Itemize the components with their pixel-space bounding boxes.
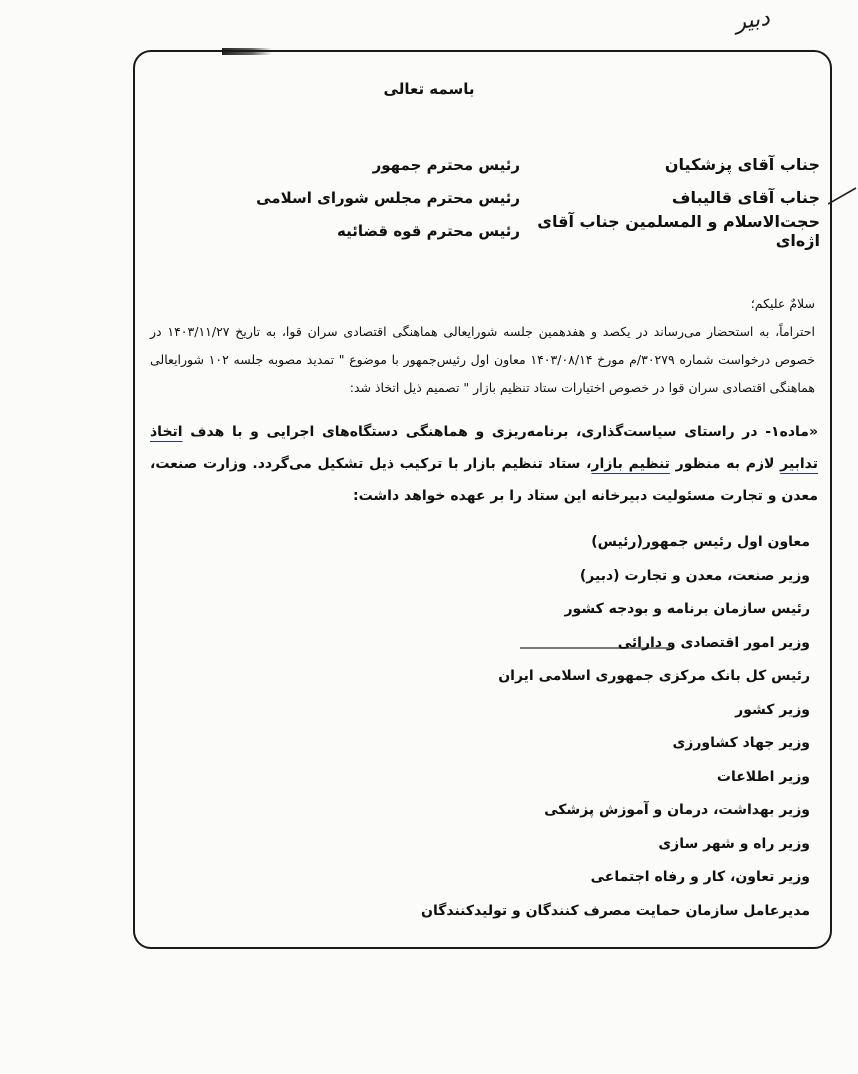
addressee-title: رئیس محترم مجلس شورای اسلامی — [256, 189, 520, 207]
list-item: وزیر صنعت، معدن و تجارت (دبیر) — [421, 560, 810, 594]
letter-body: سلامٌ علیکم؛ احتراماً، به استحضار می‌رسا… — [150, 290, 815, 402]
list-item: رئیس سازمان برنامه و بودجه کشور — [421, 593, 810, 627]
list-item: وزیر امور اقتصادی و دارائی — [421, 627, 810, 661]
list-item: وزیر بهداشت، درمان و آموزش پزشکی — [421, 794, 810, 828]
addressee-row: جناب آقای قالیباف رئیس محترم مجلس شورای … — [140, 181, 820, 214]
margin-pen-mark-icon — [828, 182, 858, 212]
list-item: وزیر تعاون، کار و رفاه اجتماعی — [421, 861, 810, 895]
article-text: «ماده۱- در راستای سیاست‌گذاری، برنامه‌ری… — [183, 424, 818, 440]
list-item: وزیر راه و شهر سازی — [421, 828, 810, 862]
article-1: «ماده۱- در راستای سیاست‌گذاری، برنامه‌ری… — [150, 416, 818, 512]
list-item: مدیرعامل سازمان حمایت مصرف کنندگان و تول… — [421, 895, 810, 929]
list-item: وزیر اطلاعات — [421, 761, 810, 795]
list-item: وزیر کشور — [421, 694, 810, 728]
addressee-row: حجت‌الاسلام و المسلمین جناب آقای اژه‌ای … — [140, 214, 820, 247]
list-item: معاون اول رئیس جمهور(رئیس) — [421, 526, 810, 560]
addressee-title: رئیس محترم قوه قضائیه — [337, 222, 520, 240]
addressee-block: جناب آقای پزشکیان رئیس محترم جمهور جناب … — [140, 148, 820, 247]
list-item: وزیر جهاد کشاورزی — [421, 727, 810, 761]
page-title: باسمه تعالی — [0, 80, 858, 98]
body-paragraph: احتراماً، به استحضار می‌رساند در یکصد و … — [150, 318, 815, 402]
list-item: رئیس کل بانک مرکزی جمهوری اسلامی ایران — [421, 660, 810, 694]
underlined-phrase: تنظیم بازار — [591, 456, 669, 472]
addressee-row: جناب آقای پزشکیان رئیس محترم جمهور — [140, 148, 820, 181]
addressee-name: حجت‌الاسلام و المسلمین جناب آقای اژه‌ای — [520, 212, 820, 250]
greeting: سلامٌ علیکم؛ — [150, 290, 815, 318]
member-list: معاون اول رئیس جمهور(رئیس) وزیر صنعت، مع… — [421, 526, 810, 928]
article-text: لازم به منظور — [670, 456, 780, 472]
addressee-name: جناب آقای قالیباف — [520, 188, 820, 207]
addressee-name: جناب آقای پزشکیان — [520, 155, 820, 174]
handwritten-note: دبیر — [733, 6, 771, 36]
addressee-title: رئیس محترم جمهور — [373, 156, 520, 174]
